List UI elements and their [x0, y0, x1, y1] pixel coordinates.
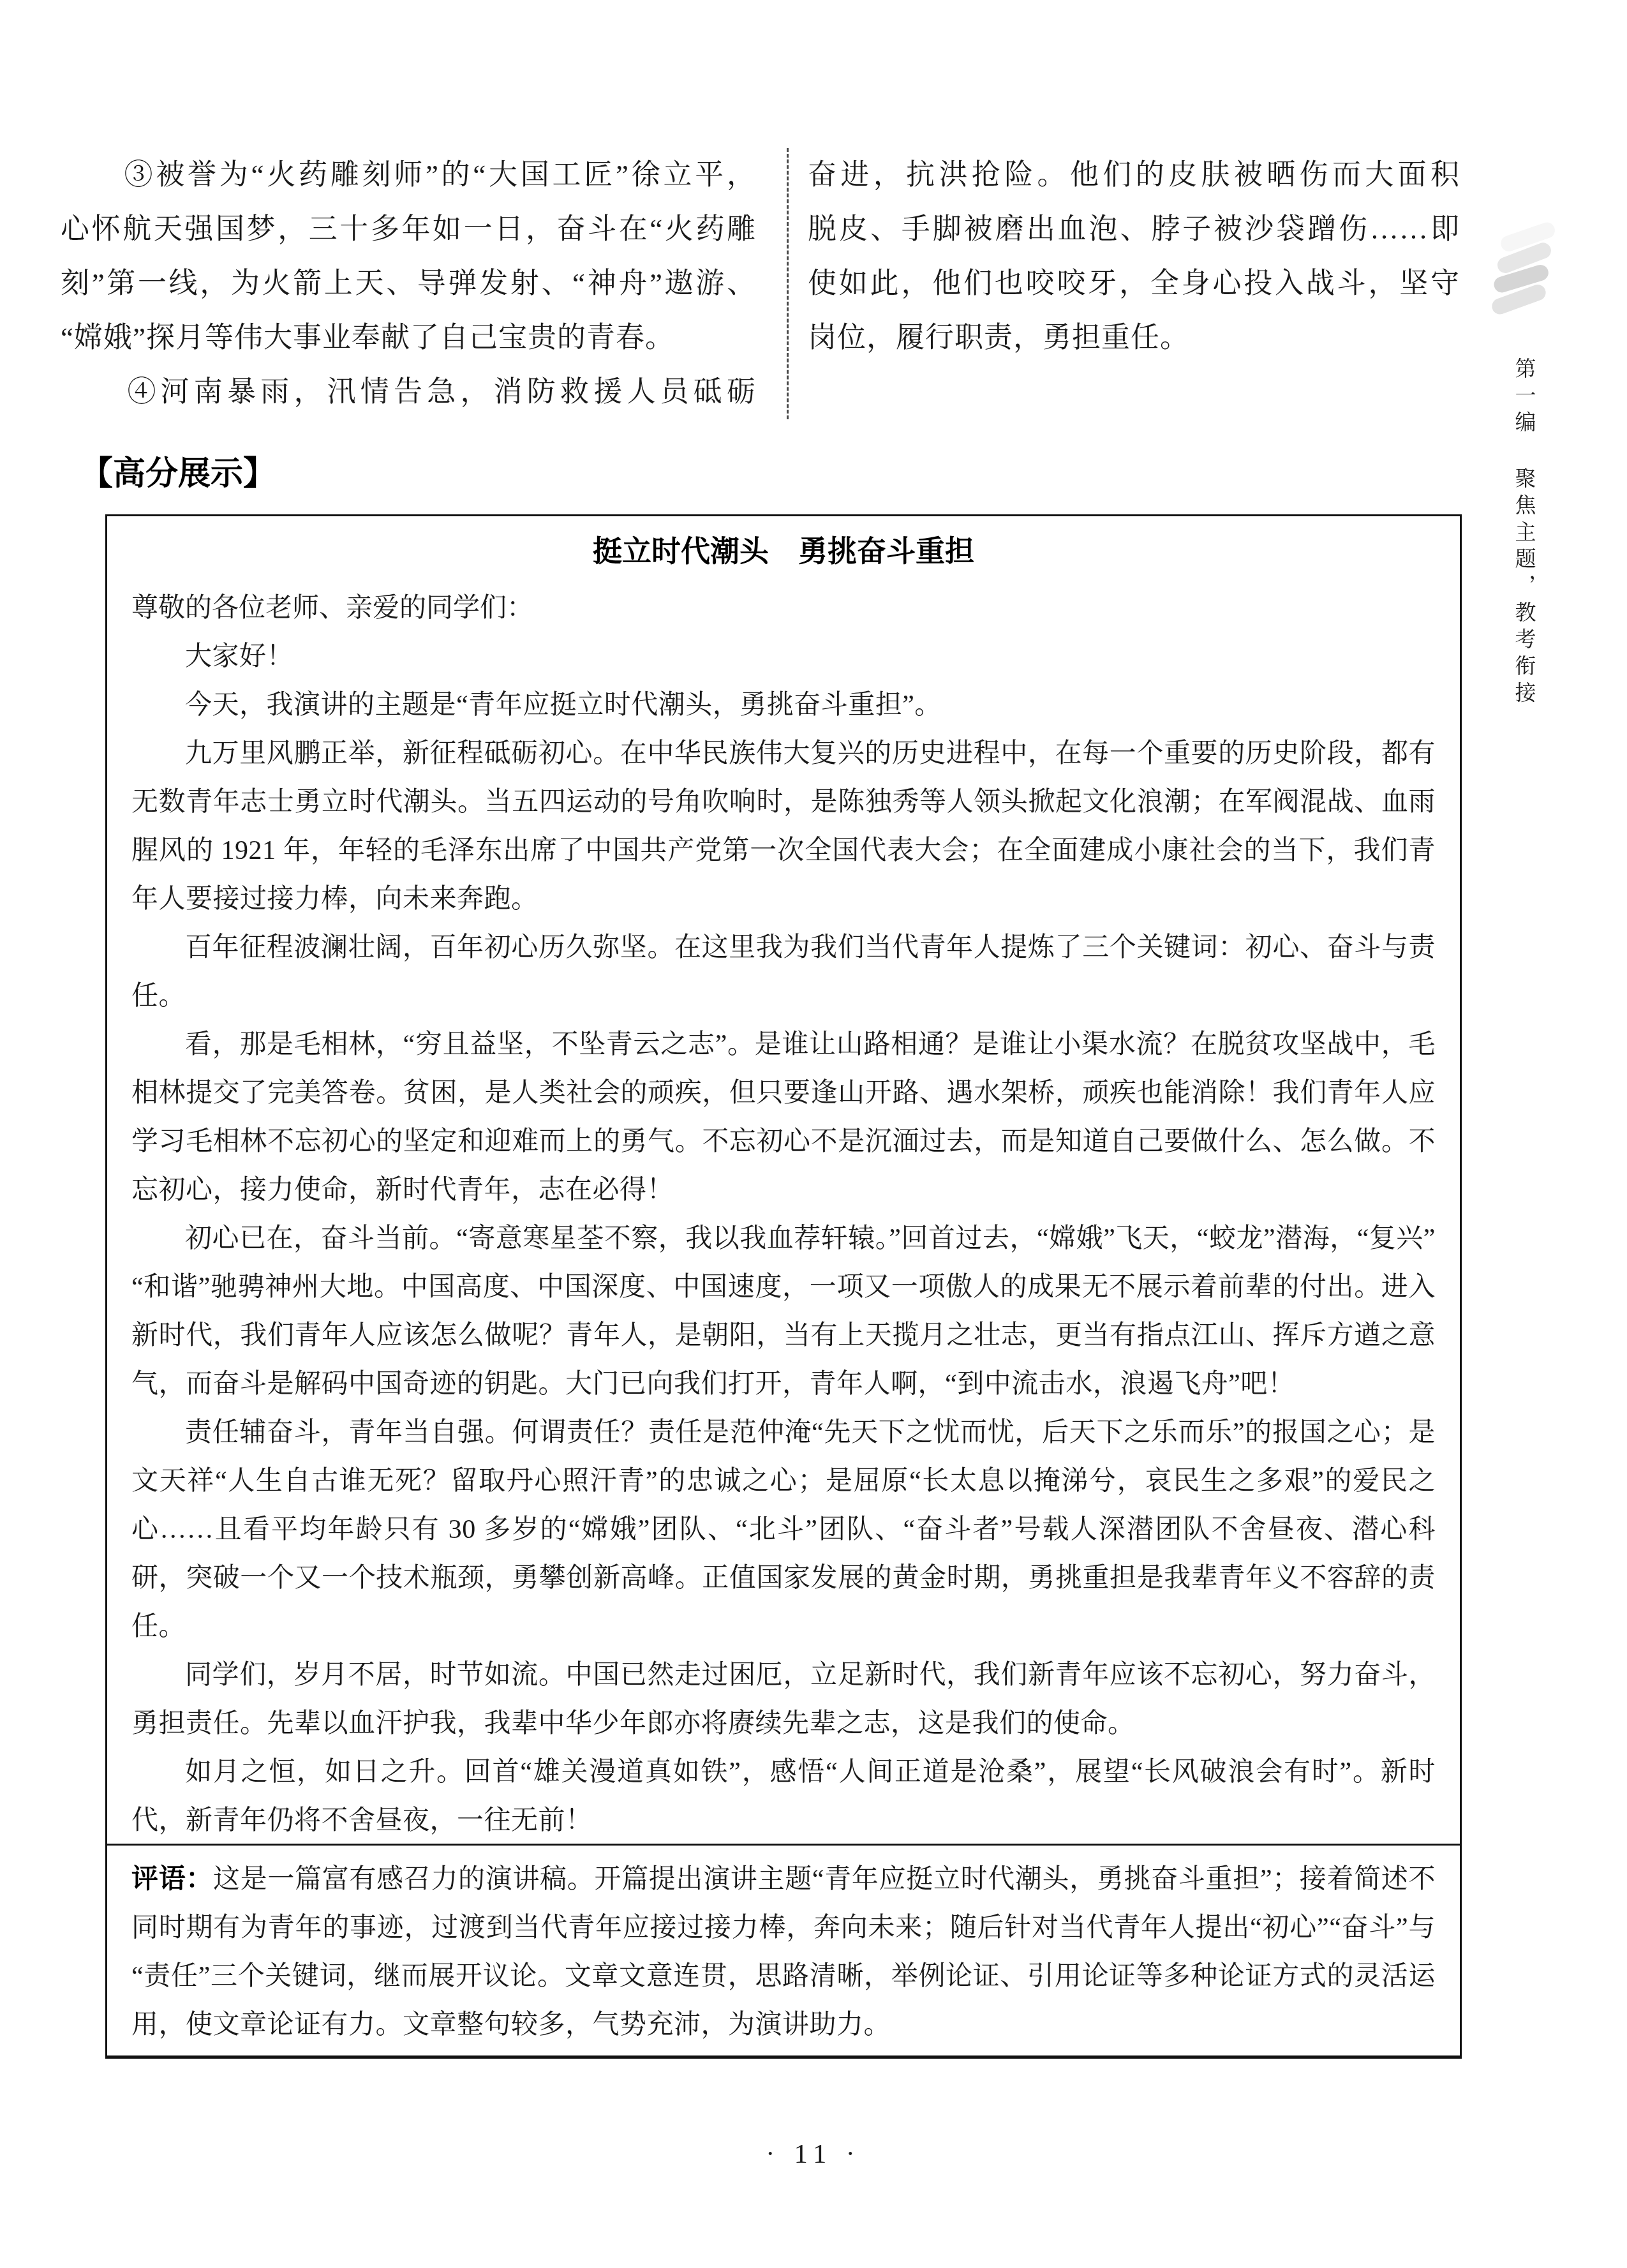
comment-label: 评语：	[131, 1863, 213, 1893]
excerpt-line: ④河南暴雨，汛情告急，消防救援人员砥砺	[61, 365, 756, 419]
excerpt-line: 使如此，他们也咬咬牙，全身心投入战斗，坚守	[808, 257, 1460, 311]
comment-text: 这是一篇富有感召力的演讲稿。开篇提出演讲主题“青年应挺立时代潮头，勇挑奋斗重担”…	[131, 1865, 1436, 2040]
excerpt-line: 刻”第一线，为火箭上天、导弹发射、“神舟”遨游、	[61, 257, 756, 311]
margin-sidebar: 第一编 聚焦主题，教考衔接	[1490, 228, 1557, 708]
essay-box: 挺立时代潮头 勇挑奋斗重担 尊敬的各位老师、亲爱的同学们： 大家好！今天，我演讲…	[105, 514, 1462, 2059]
essay-paragraph: 九万里风鹏正举，新征程砥砺初心。在中华民族伟大复兴的历史进程中，在每一个重要的历…	[131, 729, 1436, 923]
essay-body: 大家好！今天，我演讲的主题是“青年应挺立时代潮头，勇挑奋斗重担”。九万里风鹏正举…	[131, 632, 1436, 1844]
essay-area: 挺立时代潮头 勇挑奋斗重担 尊敬的各位老师、亲爱的同学们： 大家好！今天，我演讲…	[107, 516, 1460, 1844]
section-header: 【高分展示】	[80, 447, 276, 494]
essay-paragraph: 今天，我演讲的主题是“青年应挺立时代潮头，勇挑奋斗重担”。	[131, 681, 1436, 729]
essay-title: 挺立时代潮头 勇挑奋斗重担	[131, 532, 1436, 570]
essay-salutation: 尊敬的各位老师、亲爱的同学们：	[131, 584, 1436, 632]
sidebar-volume-label: 第一编	[1509, 357, 1539, 438]
excerpt-line: 岗位，履行职责，勇担重任。	[808, 311, 1460, 365]
page-number: · 11 ·	[0, 2139, 1627, 2170]
excerpt-line: 奋进，抗洪抢险。他们的皮肤被晒伤而大面积	[808, 148, 1460, 202]
excerpt-right-column: 奋进，抗洪抢险。他们的皮肤被晒伤而大面积脱皮、手脚被磨出血泡、脖子被沙袋蹭伤………	[789, 148, 1460, 419]
essay-paragraph: 责任辅奋斗，青年当自强。何谓责任？责任是范仲淹“先天下之忧而忧，后天下之乐而乐”…	[131, 1408, 1436, 1651]
book-page: { "top_section": { "left_column_lines": …	[0, 0, 1627, 2268]
sidebar-theme-label: 聚焦主题，教考衔接	[1509, 467, 1539, 708]
excerpt-line: 心怀航天强国梦，三十多年如一日，奋斗在“火药雕	[61, 202, 756, 257]
excerpt-line: ③被誉为“火药雕刻师”的“大国工匠”徐立平，	[61, 148, 756, 202]
comment-area: 评语：这是一篇富有感召力的演讲稿。开篇提出演讲主题“青年应挺立时代潮头，勇挑奋斗…	[107, 1844, 1460, 2055]
comment-paragraph: 评语：这是一篇富有感召力的演讲稿。开篇提出演讲主题“青年应挺立时代潮头，勇挑奋斗…	[131, 1854, 1436, 2049]
sidebar-vertical-text: 第一编 聚焦主题，教考衔接	[1509, 357, 1539, 708]
essay-paragraph: 初心已在，奋斗当前。“寄意寒星荃不察，我以我血荐轩辕。”回首过去，“嫦娥”飞天，…	[131, 1214, 1436, 1408]
essay-paragraph: 大家好！	[131, 632, 1436, 681]
essay-paragraph: 百年征程波澜壮阔，百年初心历久弥坚。在这里我为我们当代青年人提炼了三个关键词：初…	[131, 923, 1436, 1020]
essay-paragraph: 如月之恒，如日之升。回首“雄关漫道真如铁”，感悟“人间正道是沧桑”，展望“长风破…	[131, 1748, 1436, 1844]
essay-paragraph: 同学们，岁月不居，时节如流。中国已然走过困厄，立足新时代，我们新青年应该不忘初心…	[131, 1651, 1436, 1748]
excerpt-columns: ③被誉为“火药雕刻师”的“大国工匠”徐立平，心怀航天强国梦，三十多年如一日，奋斗…	[61, 148, 1461, 419]
excerpt-line: 脱皮、手脚被磨出血泡、脖子被沙袋蹭伤……即	[808, 202, 1460, 257]
excerpt-left-column: ③被誉为“火药雕刻师”的“大国工匠”徐立平，心怀航天强国梦，三十多年如一日，奋斗…	[61, 148, 789, 419]
stacked-leaves-icon	[1496, 228, 1552, 308]
excerpt-line: “嫦娥”探月等伟大事业奉献了自己宝贵的青春。	[61, 311, 756, 365]
essay-paragraph: 看，那是毛相林，“穷且益坚，不坠青云之志”。是谁让山路相通？是谁让小渠水流？在脱…	[131, 1020, 1436, 1214]
